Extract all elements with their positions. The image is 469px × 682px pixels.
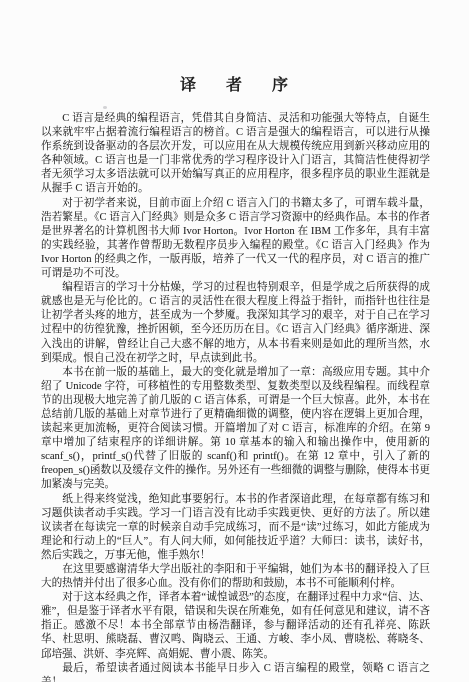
- paragraph: 对于这本经典之作，译者本着“诚惶诚恐”的态度，在翻译过程中力求“信、达、雅”，但…: [41, 591, 430, 661]
- paragraph: 编程语言的学习十分枯燥，学习的过程也特别艰辛，但是学成之后所获得的成就感也是无与…: [41, 281, 430, 366]
- preface-body: C 语言是经典的编程语言，凭借其自身简洁、灵活和功能强大等特点，自诞生以来就牢牢…: [41, 112, 430, 682]
- paragraph: 本书在前一版的基础上，最大的变化就是增加了一章：高级应用专题。其中介绍了 Uni…: [41, 366, 430, 493]
- paragraph: 在这里要感谢清华大学出版社的李阳和于平编辑，她们为本书的翻译投入了巨大的热情并付…: [41, 563, 430, 591]
- paragraph: 纸上得来终觉浅，绝知此事要躬行。本书的作者深谙此理，在每章都有练习和习题供读者动…: [41, 493, 430, 563]
- paragraph: C 语言是经典的编程语言，凭借其自身简洁、灵活和功能强大等特点，自诞生以来就牢牢…: [41, 112, 430, 197]
- paragraph: 最后，希望读者通过阅读本书能早日步入 C 语言编程的殿堂，领略 C 语言之美！: [41, 662, 430, 682]
- page-title: 译 者 序: [0, 72, 469, 95]
- scan-artifact-speck: [103, 106, 107, 109]
- paragraph: 对于初学者来说，目前市面上介绍 C 语言入门的书籍太多了，可谓车载斗量，浩若繁星…: [41, 197, 430, 282]
- scanned-book-page: 译 者 序 C 语言是经典的编程语言，凭借其自身简洁、灵活和功能强大等特点，自诞…: [0, 0, 469, 682]
